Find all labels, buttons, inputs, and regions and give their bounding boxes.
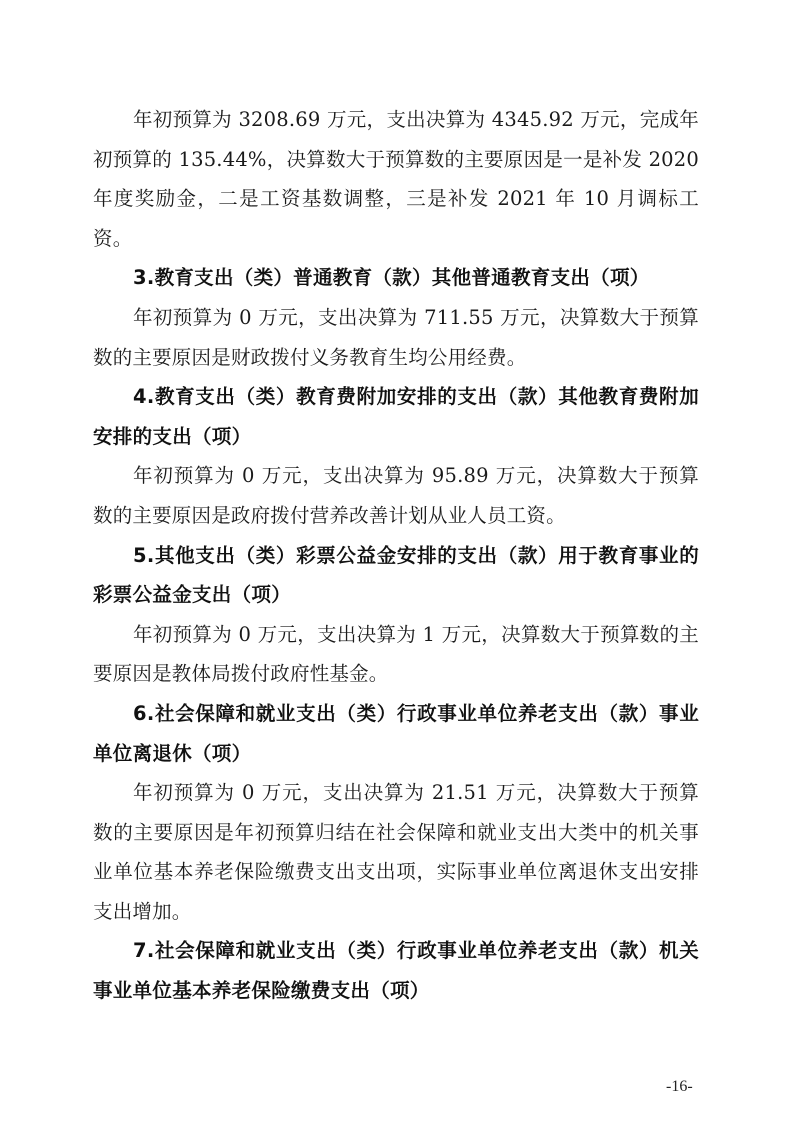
paragraph-item-2-wage-budget: 年初预算为 3208.69 万元，支出决算为 4345.92 万元，完成年初预算…: [93, 100, 699, 258]
section-heading-5: 5.其他支出（类）彩票公益金安排的支出（款）用于教育事业的彩票公益金支出（项）: [93, 536, 699, 615]
section-heading-7: 7.社会保障和就业支出（类）行政事业单位养老支出（款）机关事业单位基本养老保险缴…: [93, 931, 699, 1010]
page-number: -16-: [666, 1078, 693, 1096]
section-heading-3: 3.教育支出（类）普通教育（款）其他普通教育支出（项）: [93, 258, 699, 298]
section-heading-6: 6.社会保障和就业支出（类）行政事业单位养老支出（款）事业单位离退休（项）: [93, 694, 699, 773]
paragraph-item-5: 年初预算为 0 万元，支出决算为 1 万元，决算数大于预算数的主要原因是教体局拨…: [93, 615, 699, 694]
document-page: 年初预算为 3208.69 万元，支出决算为 4345.92 万元，完成年初预算…: [93, 100, 699, 1011]
section-heading-4: 4.教育支出（类）教育费附加安排的支出（款）其他教育费附加安排的支出（项）: [93, 377, 699, 456]
paragraph-item-3: 年初预算为 0 万元，支出决算为 711.55 万元，决算数大于预算数的主要原因…: [93, 298, 699, 377]
paragraph-item-4: 年初预算为 0 万元，支出决算为 95.89 万元，决算数大于预算数的主要原因是…: [93, 456, 699, 535]
paragraph-item-6: 年初预算为 0 万元，支出决算为 21.51 万元，决算数大于预算数的主要原因是…: [93, 773, 699, 931]
